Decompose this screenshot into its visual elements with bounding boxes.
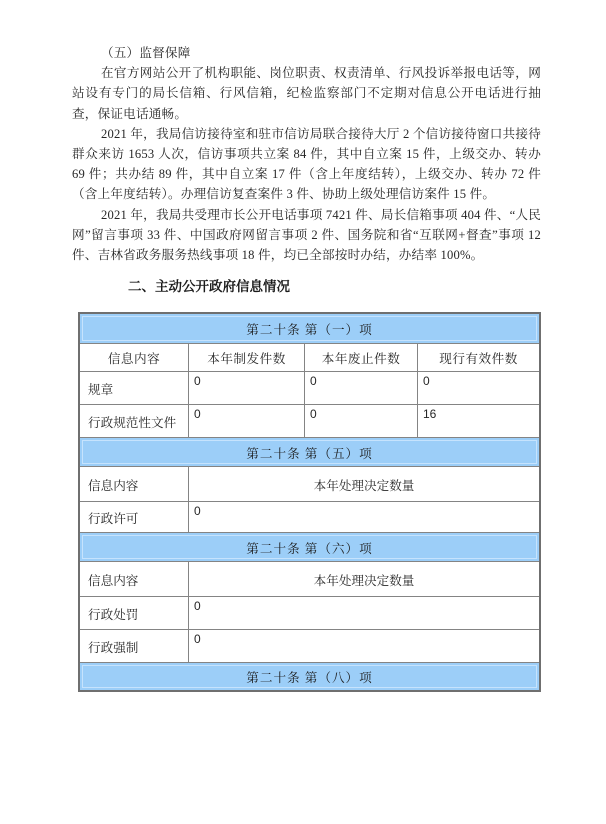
table-section-title: 第二十条 第（一）项: [82, 316, 537, 341]
table-cell-value: 0: [188, 630, 539, 662]
table-section-title: 第二十条 第（八）项: [82, 665, 537, 688]
table-cell-value: 0: [304, 372, 417, 404]
table-cell-value: 0: [188, 597, 539, 629]
table-section-header: 第二十条 第（八）项: [80, 662, 539, 690]
section-heading: 二、主动公开政府信息情况: [128, 278, 541, 295]
table-column-header-row: 信息内容 本年处理决定数量: [80, 466, 539, 501]
table-row-label: 行政许可: [80, 502, 188, 532]
table-header-cell: 本年处理决定数量: [188, 467, 539, 501]
table-section-header: 第二十条 第（五）项: [80, 437, 539, 466]
table-section-title: 第二十条 第（五）项: [82, 440, 537, 464]
subsection-heading: （五）监督保障: [72, 43, 541, 63]
table-row: 行政规范性文件 0 0 16: [80, 404, 539, 437]
table-row: 行政强制 0: [80, 629, 539, 662]
table-header-cell: 信息内容: [80, 562, 188, 596]
table-cell-value: 0: [417, 372, 539, 404]
table-row-label: 规章: [80, 372, 188, 404]
table-header-cell: 信息内容: [80, 344, 188, 371]
document-content: （五）监督保障 在官方网站公开了机构职能、岗位职责、权责清单、行风投诉举报电话等…: [0, 0, 606, 692]
table-header-cell: 本年制发件数: [188, 344, 304, 371]
body-paragraph: 2021 年，我局共受理市长公开电话事项 7421 件、局长信箱事项 404 件…: [72, 205, 541, 266]
table-cell-value: 16: [417, 405, 539, 437]
table-header-cell: 现行有效件数: [417, 344, 539, 371]
table-header-cell: 本年废止件数: [304, 344, 417, 371]
table-row-label: 行政规范性文件: [80, 405, 188, 437]
table-row: 行政许可 0: [80, 501, 539, 532]
table-cell-value: 0: [304, 405, 417, 437]
body-paragraph: 2021 年，我局信访接待室和驻市信访局联合接待大厅 2 个信访接待窗口共接待群…: [72, 124, 541, 205]
table-row-label: 行政处罚: [80, 597, 188, 629]
info-disclosure-table: 第二十条 第（一）项 信息内容 本年制发件数 本年废止件数 现行有效件数 规章 …: [78, 312, 541, 692]
table-section-title: 第二十条 第（六）项: [82, 535, 537, 559]
table-row: 行政处罚 0: [80, 596, 539, 629]
table-header-cell: 信息内容: [80, 467, 188, 501]
table-header-cell: 本年处理决定数量: [188, 562, 539, 596]
table-cell-value: 0: [188, 405, 304, 437]
table-row-label: 行政强制: [80, 630, 188, 662]
document-page: （五）监督保障 在官方网站公开了机构职能、岗位职责、权责清单、行风投诉举报电话等…: [0, 0, 606, 824]
table-section-header: 第二十条 第（六）项: [80, 532, 539, 561]
body-paragraph: 在官方网站公开了机构职能、岗位职责、权责清单、行风投诉举报电话等，网站设有专门的…: [72, 63, 541, 124]
table-column-header-row: 信息内容 本年处理决定数量: [80, 561, 539, 596]
table-row: 规章 0 0 0: [80, 371, 539, 404]
table-cell-value: 0: [188, 502, 539, 532]
table-column-header-row: 信息内容 本年制发件数 本年废止件数 现行有效件数: [80, 343, 539, 371]
table-section-header: 第二十条 第（一）项: [80, 314, 539, 343]
table-cell-value: 0: [188, 372, 304, 404]
